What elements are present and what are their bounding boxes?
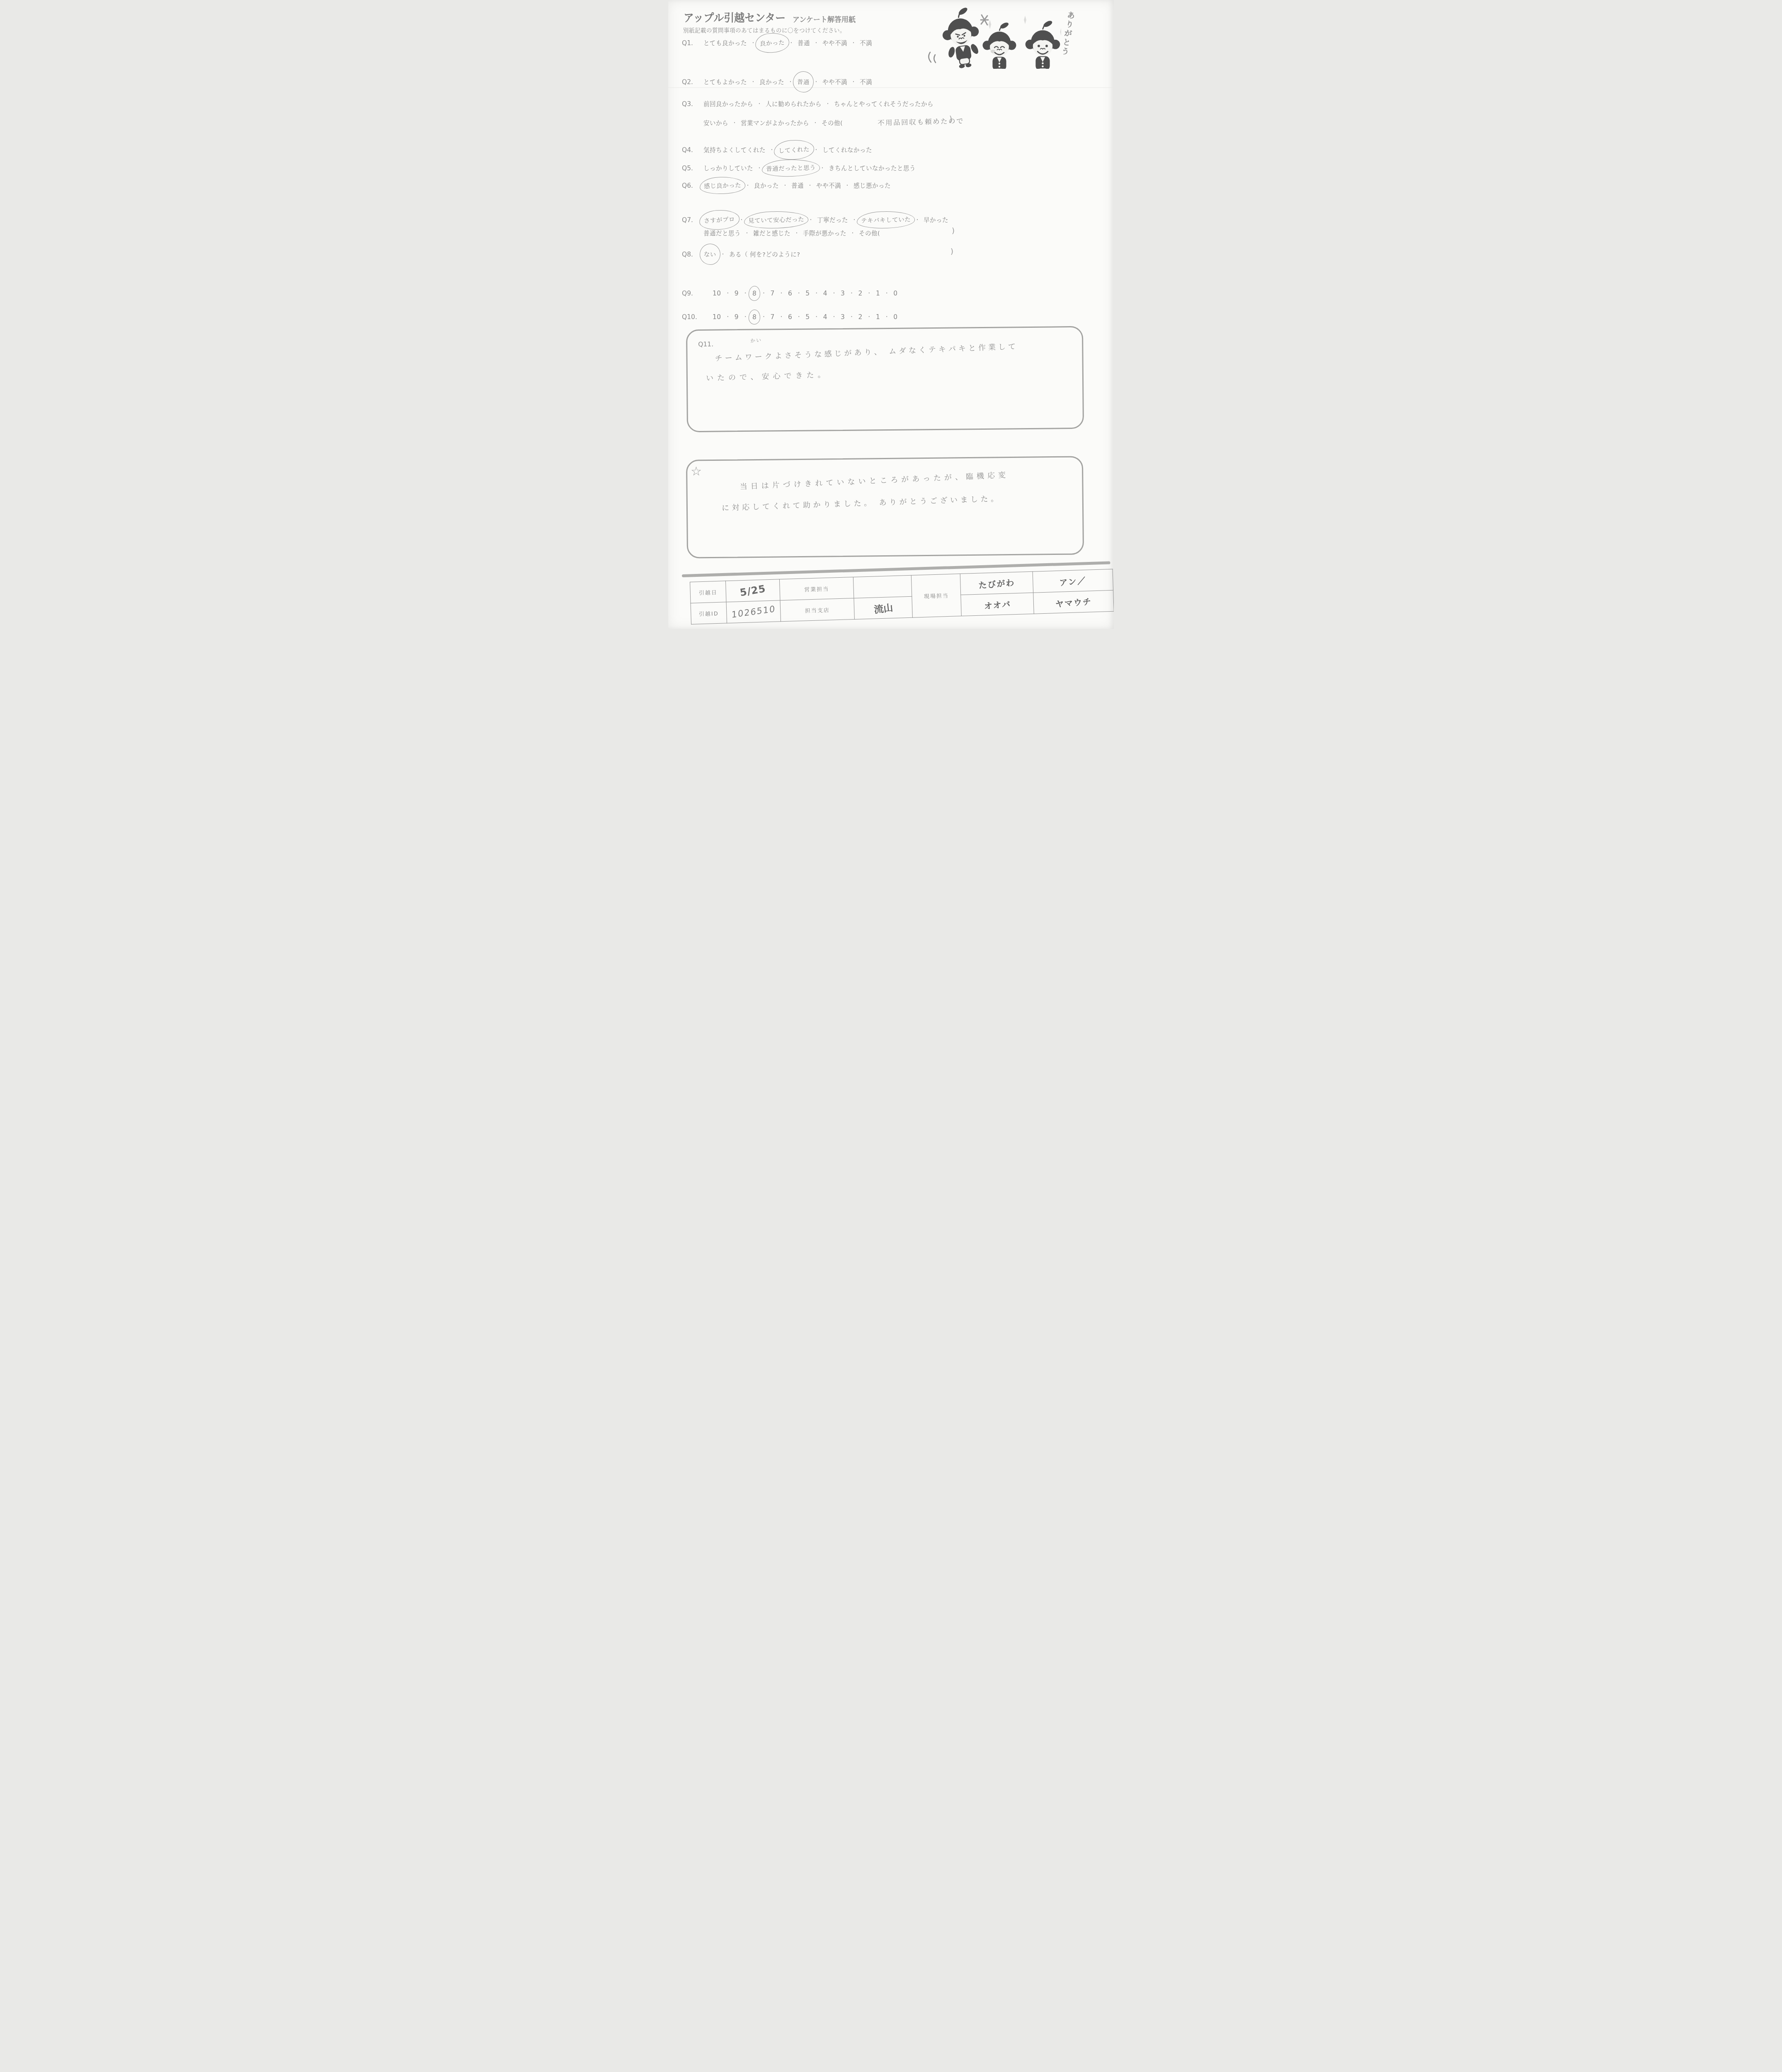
dot-separator: ・ <box>779 314 784 320</box>
move-id-label: 引越ID <box>691 602 727 625</box>
dot-separator: ・ <box>743 290 748 296</box>
dot-separator: ・ <box>761 314 766 320</box>
dot-separator: ・ <box>845 183 850 189</box>
dot-separator: ・ <box>796 290 801 296</box>
dot-separator: ・ <box>796 314 801 320</box>
dot-separator: ・ <box>867 314 872 320</box>
option-list: とてもよかった・良かった・普通・やや不満・不満 <box>703 79 872 86</box>
option-label: 人に勧められたから <box>766 101 822 108</box>
option-list: 感じ良かった・良かった・普通・やや不満・感じ悪かった <box>703 183 891 189</box>
option-label-circled: 普通だったと思う <box>762 159 820 177</box>
mascot-monkeys-illustration <box>924 3 1061 69</box>
site-crew-name-4: ヤマウチ <box>1033 590 1114 614</box>
option-label: 9 <box>735 290 739 297</box>
option-label: してくれなかった <box>822 147 872 154</box>
question-row-q10: Q10.10・9・8・7・6・5・4・3・2・1・0 <box>682 313 1101 321</box>
dot-separator: ・ <box>884 290 889 296</box>
option-label: やや不満 <box>822 40 847 47</box>
dot-separator: ・ <box>884 314 889 320</box>
option-label: 4 <box>823 313 827 321</box>
option-label: 5 <box>805 290 810 297</box>
closing-paren: ) <box>950 247 953 256</box>
survey-sheet: アップル引越センター アンケート解答用紙 別紙記載の質問事項のあてはまるものに〇… <box>668 0 1114 629</box>
sparkle-asterisk-icon <box>981 15 988 25</box>
question-label: Q11. <box>698 341 713 348</box>
option-label: ある（ 何を?どのように? <box>729 252 800 258</box>
dot-separator: ・ <box>739 217 744 223</box>
option-list: 10・9・8・7・6・5・4・3・2・1・0 <box>713 313 898 321</box>
dot-separator: ・ <box>915 217 920 223</box>
handwritten-move-id: 1026510 <box>731 604 776 620</box>
option-list: 10・9・8・7・6・5・4・3・2・1・0 <box>713 290 898 297</box>
option-label: しっかりしていた <box>703 165 753 172</box>
question-label: Q2. <box>682 78 703 86</box>
brand-title: アップル引越センター <box>684 9 786 25</box>
dot-separator: ・ <box>725 290 730 296</box>
question-row-q7: Q7.さすがプロ・見ていて安心だった・丁寧だった・テキパキしていた・早かった <box>682 215 1101 225</box>
dot-separator: ・ <box>814 79 819 85</box>
question-row-q9: Q9.10・9・8・7・6・5・4・3・2・1・0 <box>682 289 1101 298</box>
dot-separator: ・ <box>761 290 766 296</box>
question-label: Q9. <box>682 290 703 297</box>
closing-paren: ) <box>952 227 955 235</box>
dot-separator: ・ <box>850 230 855 236</box>
option-label: 早かった <box>924 217 948 224</box>
sales-rep-value <box>853 575 912 598</box>
option-label: 2 <box>858 290 862 297</box>
option-label: 10 <box>713 290 721 297</box>
question-row-q7-line2: Q普通だと思う・雑だと感じた・手際が悪かった・その他( <box>682 229 1101 237</box>
dot-separator: ・ <box>814 147 819 153</box>
option-label: 不満 <box>860 40 872 47</box>
option-label: 手際が悪かった <box>803 230 846 237</box>
option-label: 普通 <box>798 40 810 47</box>
option-label: 前回良かったから <box>703 101 753 108</box>
handwritten-move-date: 5/25 <box>739 583 767 598</box>
option-label-circled: テキパキしていた <box>857 211 915 229</box>
question-row-q1: Q1.とても良かった・良かった・普通・やや不満・不満 <box>682 38 1101 48</box>
option-list: 安いから・営業マンがよかったから・その他( <box>703 120 843 127</box>
q11-comment-box: Q11. かい チームワークよさそうな感じがあり、 ムダなくテキパキと作業して … <box>686 326 1084 432</box>
option-label: 気持ちよくしてくれた <box>703 147 766 154</box>
option-label: 普通だと思う <box>703 230 741 237</box>
option-label: 1 <box>876 290 880 297</box>
option-label: 営業マンがよかったから <box>741 120 809 127</box>
option-label-circled: 8 <box>748 309 761 324</box>
option-label-circled: 感じ良かった <box>699 177 745 195</box>
handwritten-comment-line2: いたので、安心できた。 <box>706 369 829 383</box>
option-list: ない・ある（ 何を?どのように? <box>703 252 800 258</box>
move-id-value: 1026510 <box>726 600 781 623</box>
sales-rep-label: 営業担当 <box>779 577 853 600</box>
option-label: 4 <box>823 290 827 297</box>
branch-label: 担当支店 <box>780 598 854 621</box>
option-list: しっかりしていた・普通だったと思う・きちんとしていなかったと思う <box>703 165 916 172</box>
dot-separator: ・ <box>825 101 830 107</box>
handwritten-insertion: かい <box>750 336 762 344</box>
dot-separator: ・ <box>832 314 836 320</box>
branch-value: 流山 <box>854 596 912 619</box>
option-label: とてもよかった <box>703 79 747 86</box>
dot-separator: ・ <box>814 290 819 296</box>
handwritten-crew-name: たびがわ <box>978 576 1015 591</box>
option-label-circled: ない <box>699 243 721 265</box>
question-row-q2: Q2.とてもよかった・良かった・普通・やや不満・不満 <box>682 77 1101 87</box>
option-label: やや不満 <box>816 183 841 189</box>
question-row-q5: Q5.しっかりしていた・普通だったと思う・きちんとしていなかったと思う <box>682 163 1101 173</box>
dot-separator: ・ <box>757 165 762 171</box>
option-label: きちんとしていなかったと思う <box>829 165 916 172</box>
question-label: Q5. <box>682 165 703 172</box>
option-label: 3 <box>841 290 845 297</box>
option-label: 丁寧だった <box>817 217 848 224</box>
option-label: 1 <box>876 313 880 321</box>
option-label: 感じ悪かった <box>853 183 891 189</box>
question-row-q4: Q4.気持ちよくしてくれた・してくれた・してくれなかった <box>682 145 1101 155</box>
dot-separator: ・ <box>720 252 725 257</box>
star-comment-box: ☆ 当日は片づけきれていないところがあったが、臨機応変 に対応してくれて助かりま… <box>686 456 1084 558</box>
option-label: 雑だと感じた <box>753 230 790 237</box>
question-row-q8: Q8.ない・ある（ 何を?どのように? <box>682 249 1101 259</box>
option-label-circled: 見ていて安心だった <box>744 211 809 229</box>
dot-separator: ・ <box>745 183 750 189</box>
monkey-mascot-1 <box>939 5 984 69</box>
dot-separator: ・ <box>725 314 730 320</box>
question-label: Q4. <box>682 146 703 154</box>
move-date-value: 5/25 <box>725 579 780 602</box>
question-row-q6: Q6.感じ良かった・良かった・普通・やや不満・感じ悪かった <box>682 181 1101 190</box>
option-label-circled: してくれた <box>773 139 815 160</box>
motion-lines <box>929 52 936 63</box>
option-label-circled: さすがプロ <box>699 209 740 230</box>
option-label: 3 <box>841 313 845 321</box>
option-label: 良かった <box>759 79 784 86</box>
dot-separator: ・ <box>808 217 813 223</box>
question-label: Q3. <box>682 100 703 108</box>
dot-separator: ・ <box>783 183 788 189</box>
star-icon: ☆ <box>691 464 702 479</box>
option-label: 5 <box>805 313 810 321</box>
option-label: 6 <box>788 313 792 321</box>
option-list: 普通だと思う・雑だと感じた・手際が悪かった・その他( <box>703 230 880 237</box>
dot-separator: ・ <box>852 217 857 223</box>
dot-separator: ・ <box>769 147 774 153</box>
dot-separator: ・ <box>807 183 812 189</box>
handwritten-crew-name: オオバ <box>983 597 1011 611</box>
site-crew-label: 現場担当 <box>911 574 961 618</box>
instruction-text: 別紙記載の質問事項のあてはまるものに〇をつけてください。 <box>683 26 846 34</box>
option-label: 良かった <box>754 183 779 189</box>
closing-paren: ) <box>949 115 952 123</box>
option-label: やや不満 <box>822 79 847 86</box>
dot-separator: ・ <box>832 290 836 296</box>
option-list: とても良かった・良かった・普通・やや不満・不満 <box>703 40 872 47</box>
question-label: Q1. <box>682 39 703 47</box>
handwritten-comment-line1: チームワークよさそうな感じがあり、 ムダなくテキパキと作業して <box>715 341 1018 363</box>
dot-separator: ・ <box>851 40 856 46</box>
option-label: その他( <box>822 120 843 127</box>
dot-separator: ・ <box>788 79 793 85</box>
question-row-q3: Q3.前回良かったから・人に勧められたから・ちゃんとやってくれそうだったから <box>682 99 1101 108</box>
dot-separator: ・ <box>751 79 756 85</box>
dot-separator: ・ <box>779 290 784 296</box>
option-list: 気持ちよくしてくれた・してくれた・してくれなかった <box>703 147 872 154</box>
option-label: とても良かった <box>703 40 747 47</box>
option-label-circled: 8 <box>748 286 761 301</box>
dot-separator: ・ <box>732 120 737 126</box>
option-list: さすがプロ・見ていて安心だった・丁寧だった・テキパキしていた・早かった <box>703 217 948 224</box>
handwritten-crew-name: アン／ <box>1059 574 1087 588</box>
site-crew-name-2: アン／ <box>1033 569 1113 593</box>
handwritten-crew-name: ヤマウチ <box>1055 595 1092 610</box>
dot-separator: ・ <box>757 101 762 107</box>
dot-separator: ・ <box>851 79 856 85</box>
scan-artifact-line <box>668 87 1114 88</box>
dot-separator: ・ <box>814 40 819 46</box>
site-crew-name-1: たびがわ <box>960 571 1033 595</box>
dot-separator: ・ <box>751 40 756 46</box>
option-label: 0 <box>893 313 897 321</box>
option-label: ちゃんとやってくれそうだったから <box>834 101 933 108</box>
dot-separator: ・ <box>743 314 748 320</box>
question-label: Q10. <box>682 313 703 321</box>
option-label: 10 <box>713 313 721 321</box>
site-crew-name-3: オオバ <box>961 593 1034 616</box>
option-label: 不満 <box>860 79 872 86</box>
dot-separator: ・ <box>789 40 794 46</box>
handwritten-comment-line1: 当日は片づけきれていないところがあったが、臨機応変 <box>739 469 1009 492</box>
footer-table: 引越日 5/25 営業担当 現場担当 たびがわ アン／ 引越ID 1026510… <box>690 569 1114 625</box>
option-label: その他( <box>859 230 880 237</box>
option-label: 0 <box>893 290 897 297</box>
option-label: 6 <box>788 290 792 297</box>
option-label: 7 <box>771 313 775 321</box>
option-label-circled: 普通 <box>793 71 814 93</box>
move-date-label: 引越日 <box>690 581 727 603</box>
dot-separator: ・ <box>867 290 872 296</box>
dot-separator: ・ <box>820 165 825 171</box>
option-label: 2 <box>858 313 862 321</box>
dot-separator: ・ <box>849 290 854 296</box>
option-label: 普通 <box>791 183 804 189</box>
dot-separator: ・ <box>814 314 819 320</box>
dot-separator: ・ <box>744 230 749 236</box>
option-label-circled: 良かった <box>755 32 790 53</box>
handwritten-branch: 流山 <box>873 600 894 616</box>
dot-separator: ・ <box>794 230 799 236</box>
option-label: 9 <box>735 313 739 321</box>
handwritten-comment-line2: に対応してくれて助かりました。 ありがとうございました。 <box>722 493 1001 513</box>
dot-separator: ・ <box>813 120 818 126</box>
option-label: 7 <box>771 290 775 297</box>
form-title: アンケート解答用紙 <box>793 14 856 24</box>
dot-separator: ・ <box>849 314 854 320</box>
option-list: 前回良かったから・人に勧められたから・ちゃんとやってくれそうだったから <box>703 101 933 108</box>
option-label: 安いから <box>703 120 728 127</box>
